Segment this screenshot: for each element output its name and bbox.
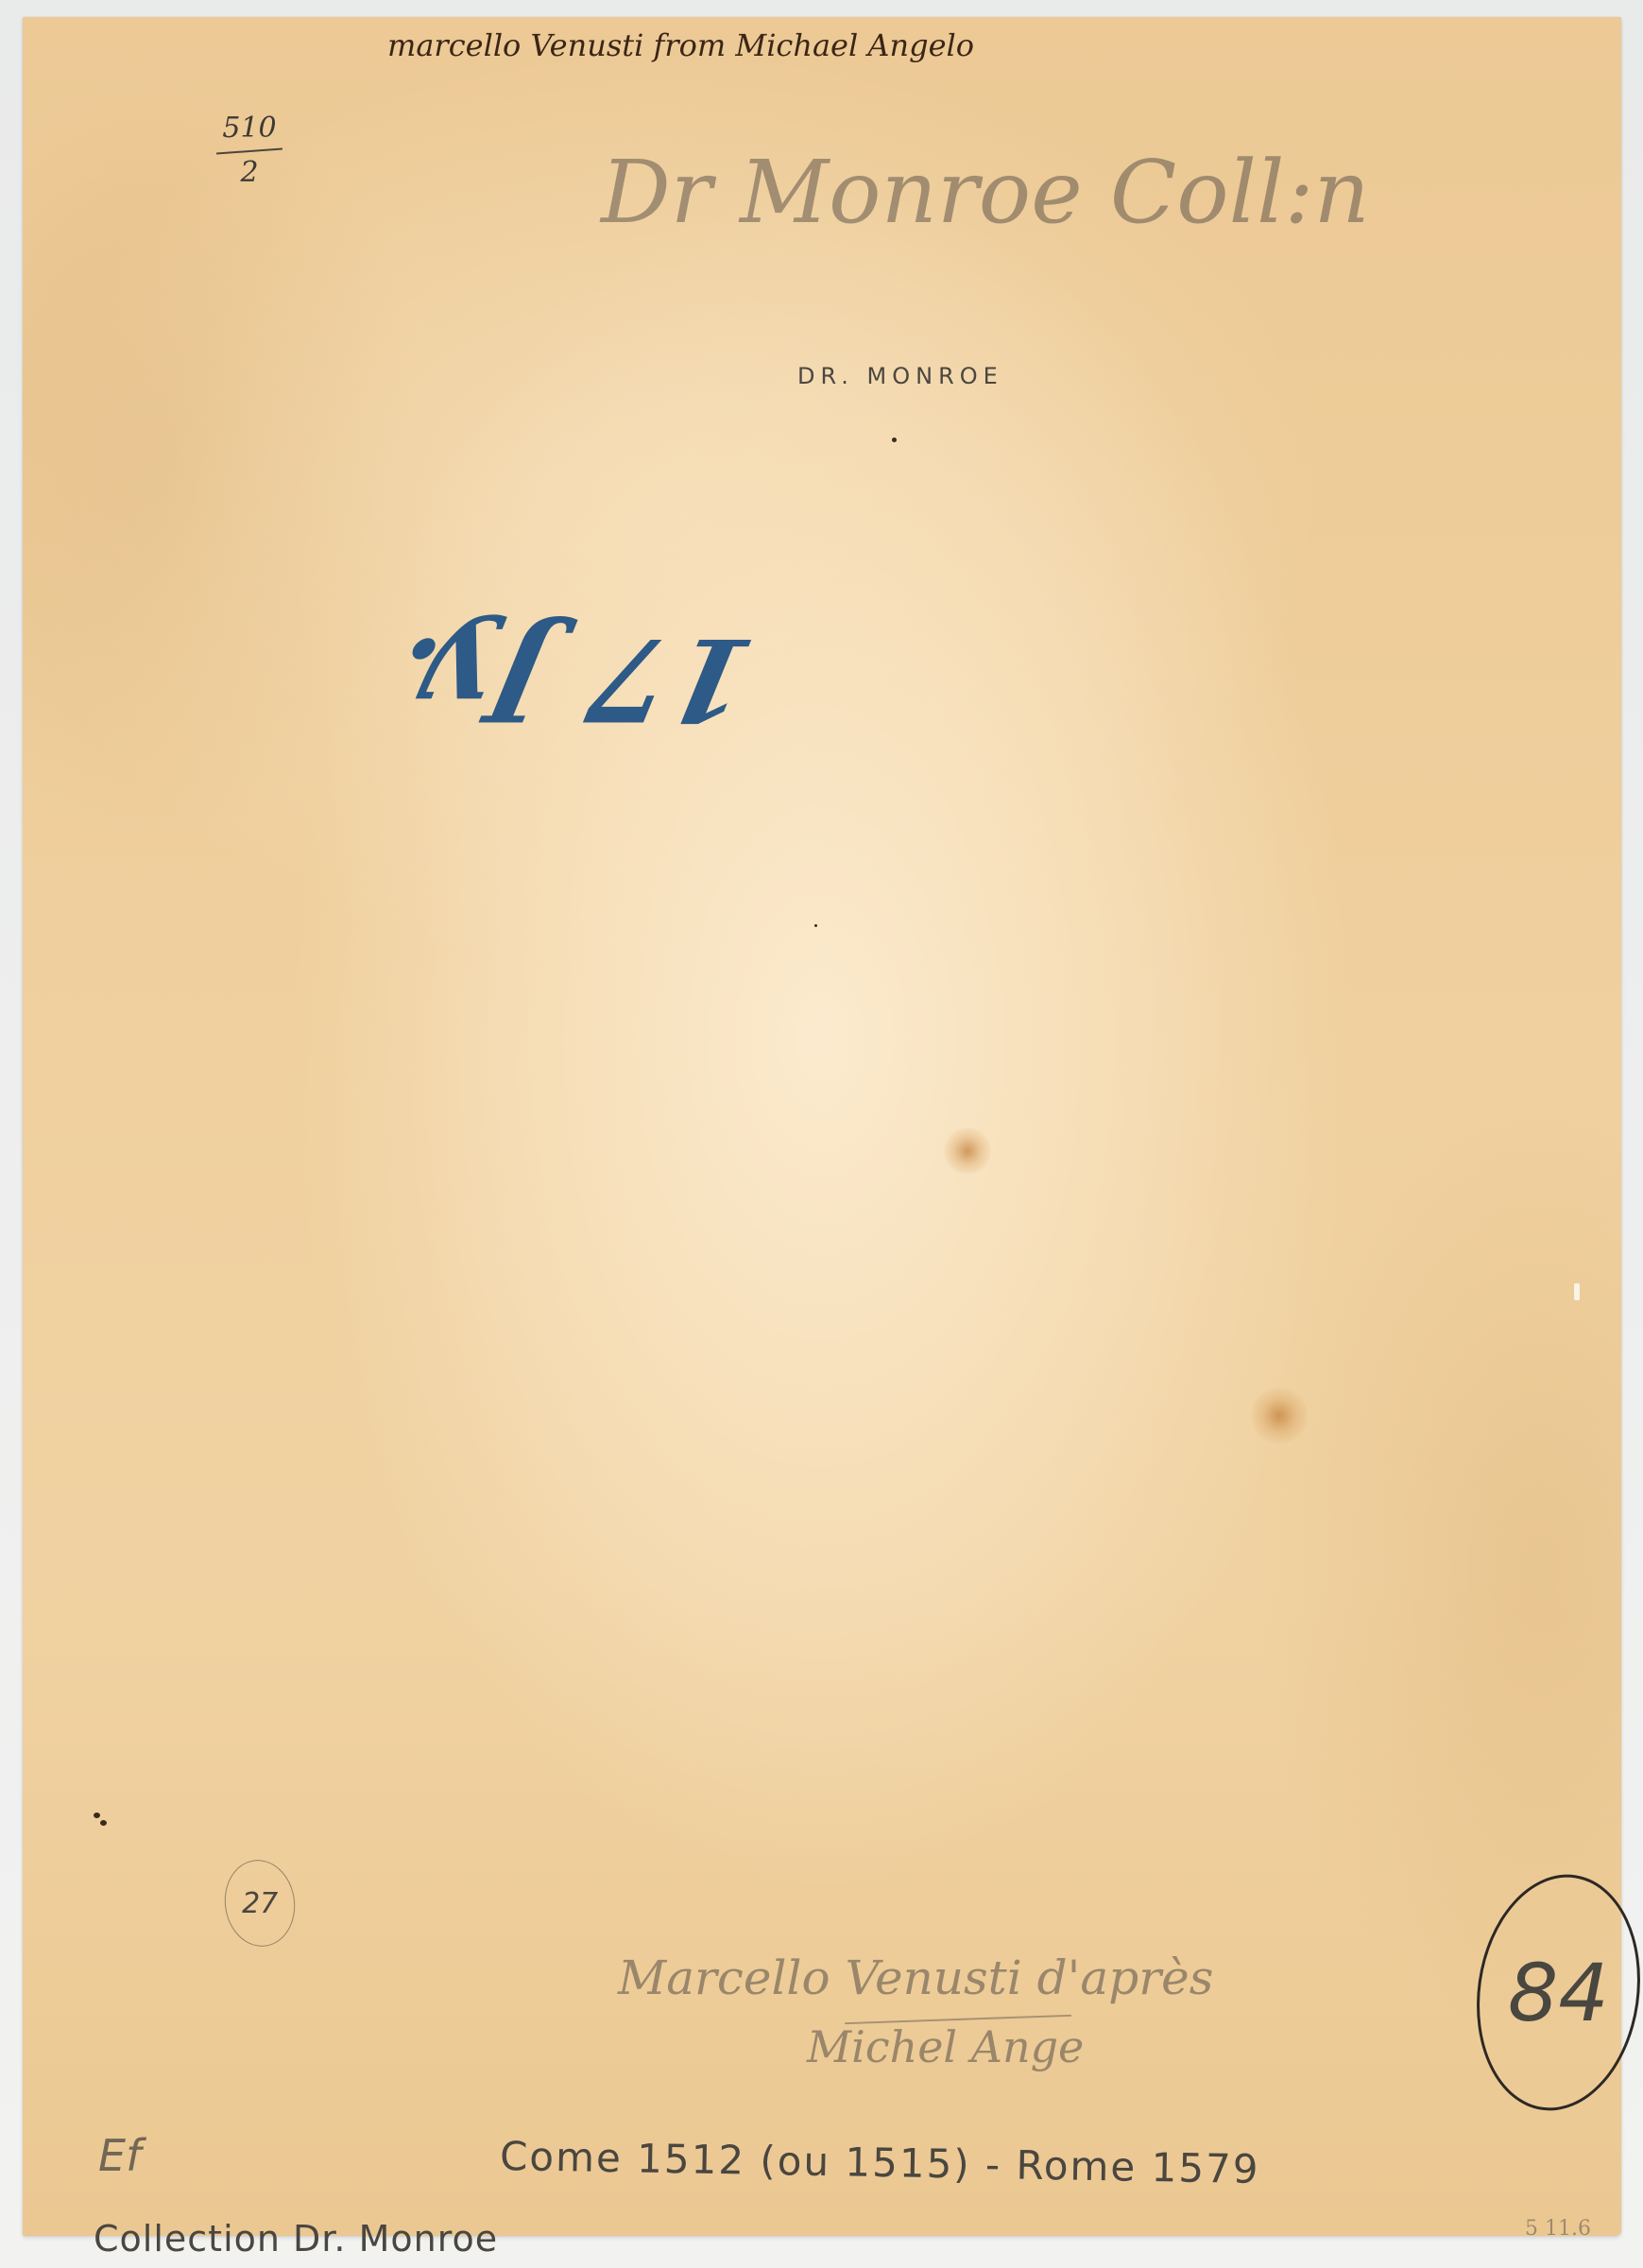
fraction-bar xyxy=(216,148,282,155)
blue-crayon-mark: 17 Jy. xyxy=(384,622,762,735)
bottom-right-code: 5 11.6 xyxy=(1525,2219,1591,2240)
inventory-fraction: 510 2 xyxy=(216,112,282,189)
corner-mark: Ef xyxy=(98,2134,141,2177)
dr-monroe-label: DR. MONROE xyxy=(797,365,1003,387)
paper-slit xyxy=(1574,1283,1580,1300)
dates-line: Come 1512 (ou 1515) - Rome 1579 xyxy=(500,2137,1260,2190)
paper-sheet: marcello Venusti from Michael Angelo 510… xyxy=(23,17,1621,2236)
circled-number-27: 27 xyxy=(219,1855,300,1950)
ink-speck xyxy=(892,438,897,442)
faint-collection-script: Dr Monroe Coll:n xyxy=(601,149,1370,236)
circled-number-84: 84 xyxy=(1462,1864,1643,2121)
attribution-line-1: Marcello Venusti d'après xyxy=(618,1954,1213,2002)
foxing-stain xyxy=(944,1127,991,1175)
ink-inscription-top: marcello Venusti from Michael Angelo xyxy=(387,30,974,60)
collection-line: Collection Dr. Monroe xyxy=(94,2221,498,2257)
ink-speck xyxy=(100,1820,107,1826)
number-84: 84 xyxy=(1508,1946,1609,2038)
scan-background: marcello Venusti from Michael Angelo 510… xyxy=(0,0,1643,2268)
number-27: 27 xyxy=(242,1887,278,1920)
ink-speck xyxy=(94,1813,100,1818)
ink-speck xyxy=(814,924,817,927)
fraction-numerator: 510 xyxy=(216,112,282,145)
attribution-line-2: Michel Ange xyxy=(807,2025,1084,2069)
foxing-stain xyxy=(1251,1387,1308,1444)
fraction-denominator: 2 xyxy=(216,156,282,189)
